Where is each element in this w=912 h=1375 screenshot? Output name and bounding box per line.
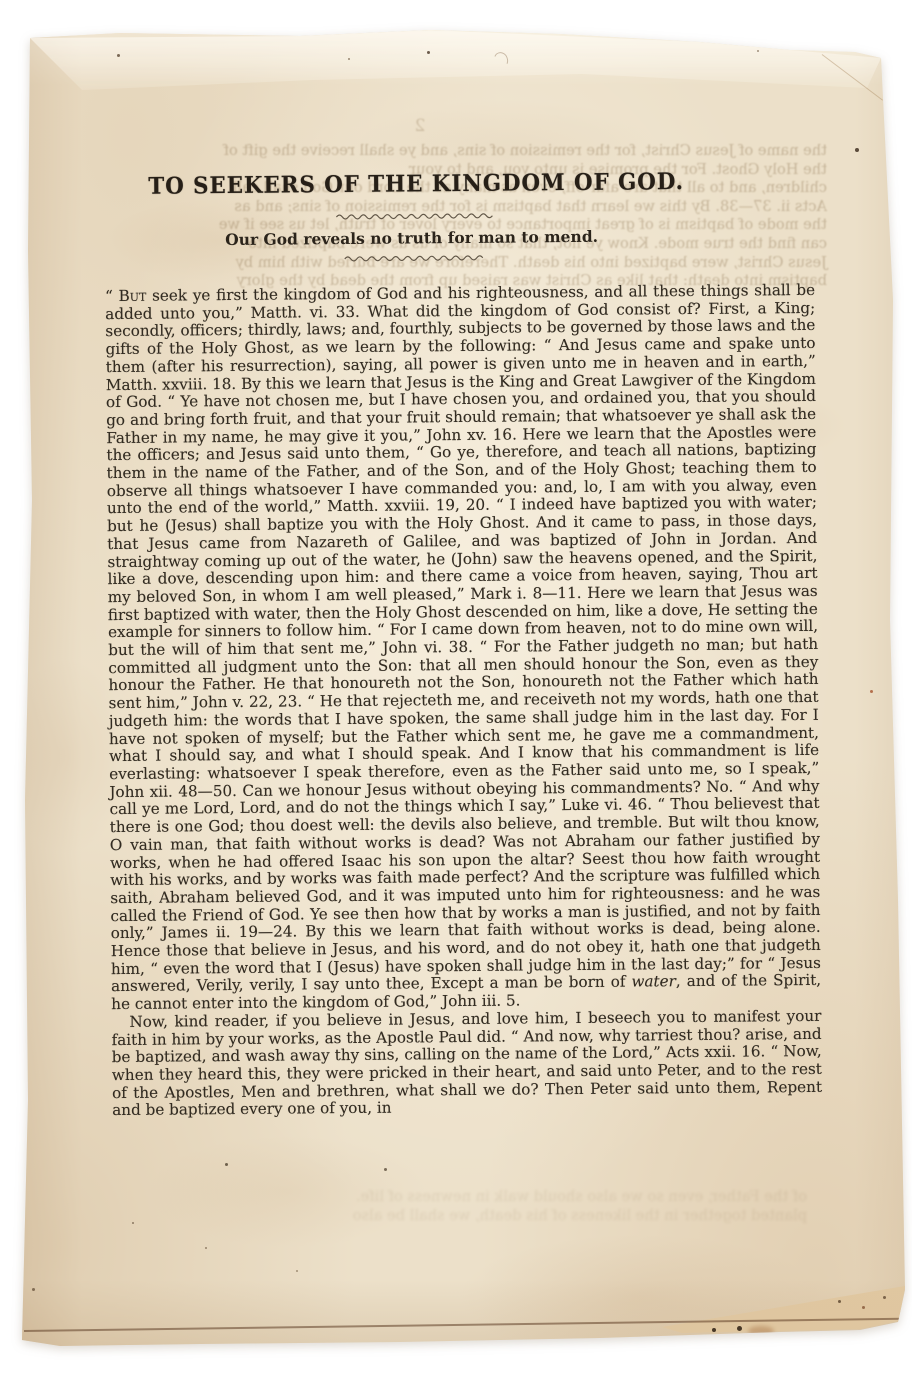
foxing-speck [712, 1328, 716, 1332]
foxing-speck [205, 1247, 207, 1249]
foxing-speck [870, 690, 873, 693]
foxing-speck [737, 1326, 742, 1331]
body-segment: But [119, 287, 147, 305]
bleedthrough-header-line: the name of Jesus Christ, for the remiss… [182, 142, 827, 161]
squiggle-divider-bottom [344, 253, 486, 262]
body-text: “ But seek ye first the kingdom of God a… [105, 282, 822, 1120]
foxing-speck [838, 1300, 841, 1303]
fold-stain [748, 1326, 774, 1336]
printed-content: TO SEEKERS OF THE KINGDOM OF GOD. Our Go… [104, 167, 822, 1120]
foxing-speck [132, 1222, 134, 1224]
foxing-speck [883, 1296, 886, 1299]
bleedthrough-footer-line: of the Father, even so we also should wa… [277, 1188, 807, 1207]
document-page-wrapper: 2 the name of Jesus Christ, for the remi… [22, 30, 905, 1350]
page-title: TO SEEKERS OF THE KINGDOM OF GOD. [86, 167, 747, 200]
top-fold-highlight [22, 30, 905, 110]
body-segment: water [631, 973, 676, 991]
body-paragraph: “ But seek ye first the kingdom of God a… [105, 282, 821, 1014]
body-paragraph: Now, kind reader, if you believe in Jesu… [111, 1008, 822, 1120]
page-subtitle: Our God reveals no truth for man to mend… [57, 225, 767, 250]
scan-background: 2 the name of Jesus Christ, for the remi… [0, 0, 912, 1375]
foxing-speck [32, 1288, 35, 1291]
foxing-speck [384, 1168, 387, 1171]
bleedthrough-footer-line: planted together in the likeness of his … [277, 1207, 807, 1226]
body-segment: seek ye first the kingdom of God and his… [105, 281, 821, 996]
document-page: 2 the name of Jesus Christ, for the remi… [22, 30, 905, 1350]
page-number-bleedthrough: 2 [410, 116, 430, 136]
foxing-speck [855, 148, 859, 152]
foxing-speck [862, 1306, 865, 1309]
squiggle-divider-top [335, 211, 493, 220]
verso-text-bleedthrough-footer: of the Father, even so we also should wa… [277, 1188, 807, 1225]
body-segment: “ [105, 287, 119, 305]
foxing-speck [427, 51, 430, 54]
foxing-speck [225, 1163, 228, 1166]
foxing-speck [348, 58, 350, 60]
foxing-speck [757, 50, 759, 52]
foxing-speck [296, 1270, 298, 1272]
foxing-speck [117, 54, 120, 57]
body-segment: Now, kind reader, if you believe in Jesu… [111, 1007, 822, 1120]
